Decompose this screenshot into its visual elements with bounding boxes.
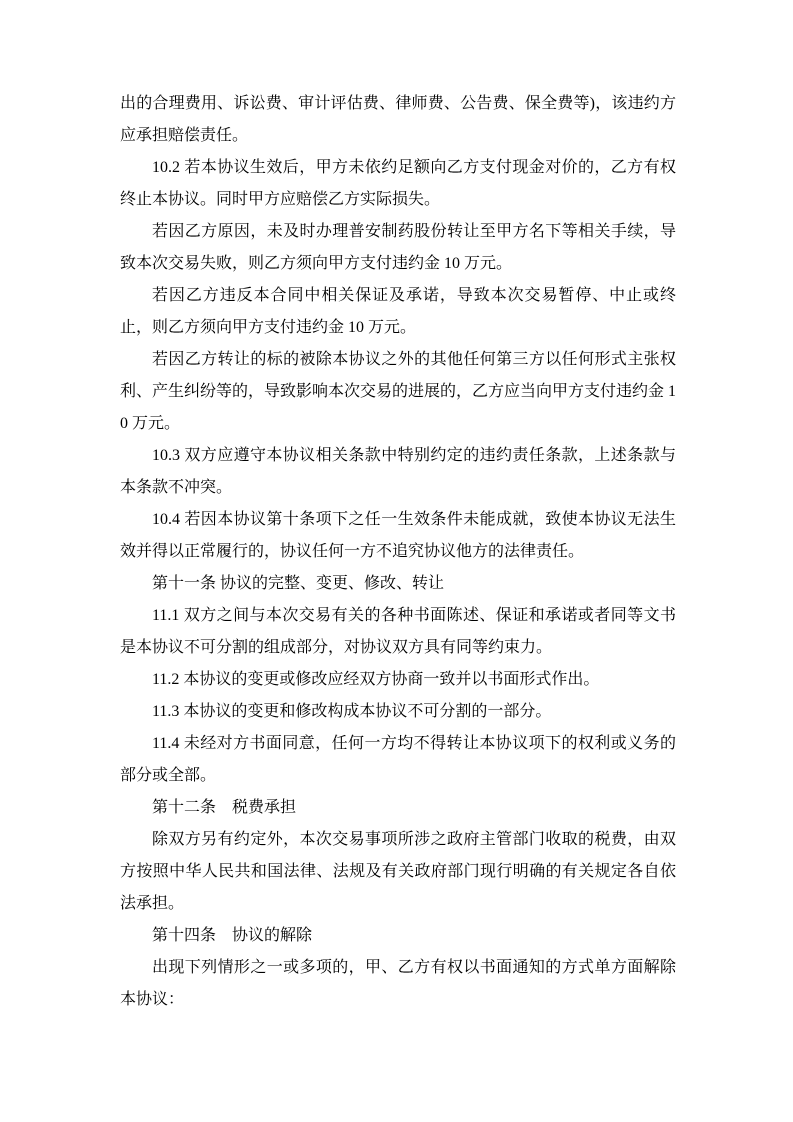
clause-breach-warranty: 若因乙方违反本合同中相关保证及承诺，导致本次交易暂停、中止或终止，则乙方须向甲方… — [120, 280, 676, 344]
clause-11-4: 11.4 未经对方书面同意，任何一方均不得转让本协议项下的权利或义务的部分或全部… — [120, 728, 676, 792]
clause-11-1: 11.1 双方之间与本次交易有关的各种书面陈述、保证和承诺或者同等文书是本协议不… — [120, 600, 676, 664]
clause-10-2: 10.2 若本协议生效后，甲方未依约足额向乙方支付现金对价的，乙方有权终止本协议… — [120, 152, 676, 216]
clause-10-4: 10.4 若因本协议第十条项下之任一生效条件未能成就，致使本协议无法生效并得以正… — [120, 504, 676, 568]
clause-termination-intro: 出现下列情形之一或多项的，甲、乙方有权以书面通知的方式单方面解除本协议： — [120, 952, 676, 1016]
clause-11-3: 11.3 本协议的变更和修改构成本协议不可分割的一部分。 — [120, 696, 676, 728]
heading-article-14: 第十四条 协议的解除 — [120, 920, 676, 952]
clause-10-3: 10.3 双方应遵守本协议相关条款中特别约定的违约责任条款，上述条款与本条款不冲… — [120, 440, 676, 504]
clause-11-2: 11.2 本协议的变更或修改应经双方协商一致并以书面形式作出。 — [120, 664, 676, 696]
document-page: 出的合理费用、诉讼费、审计评估费、律师费、公告费、保全费等)，该违约方应承担赔偿… — [0, 0, 793, 1122]
heading-article-12: 第十二条 税费承担 — [120, 792, 676, 824]
clause-tax-burden: 除双方另有约定外，本次交易事项所涉之政府主管部门收取的税费，由双方按照中华人民共… — [120, 824, 676, 920]
clause-breach-transfer: 若因乙方原因，未及时办理普安制药股份转让至甲方名下等相关手续，导致本次交易失败，… — [120, 216, 676, 280]
heading-article-11: 第十一条 协议的完整、变更、修改、转让 — [120, 568, 676, 600]
clause-third-party-claim: 若因乙方转让的标的被除本协议之外的其他任何第三方以任何形式主张权利、产生纠纷等的… — [120, 344, 676, 440]
paragraph-continuation: 出的合理费用、诉讼费、审计评估费、律师费、公告费、保全费等)，该违约方应承担赔偿… — [120, 88, 676, 152]
